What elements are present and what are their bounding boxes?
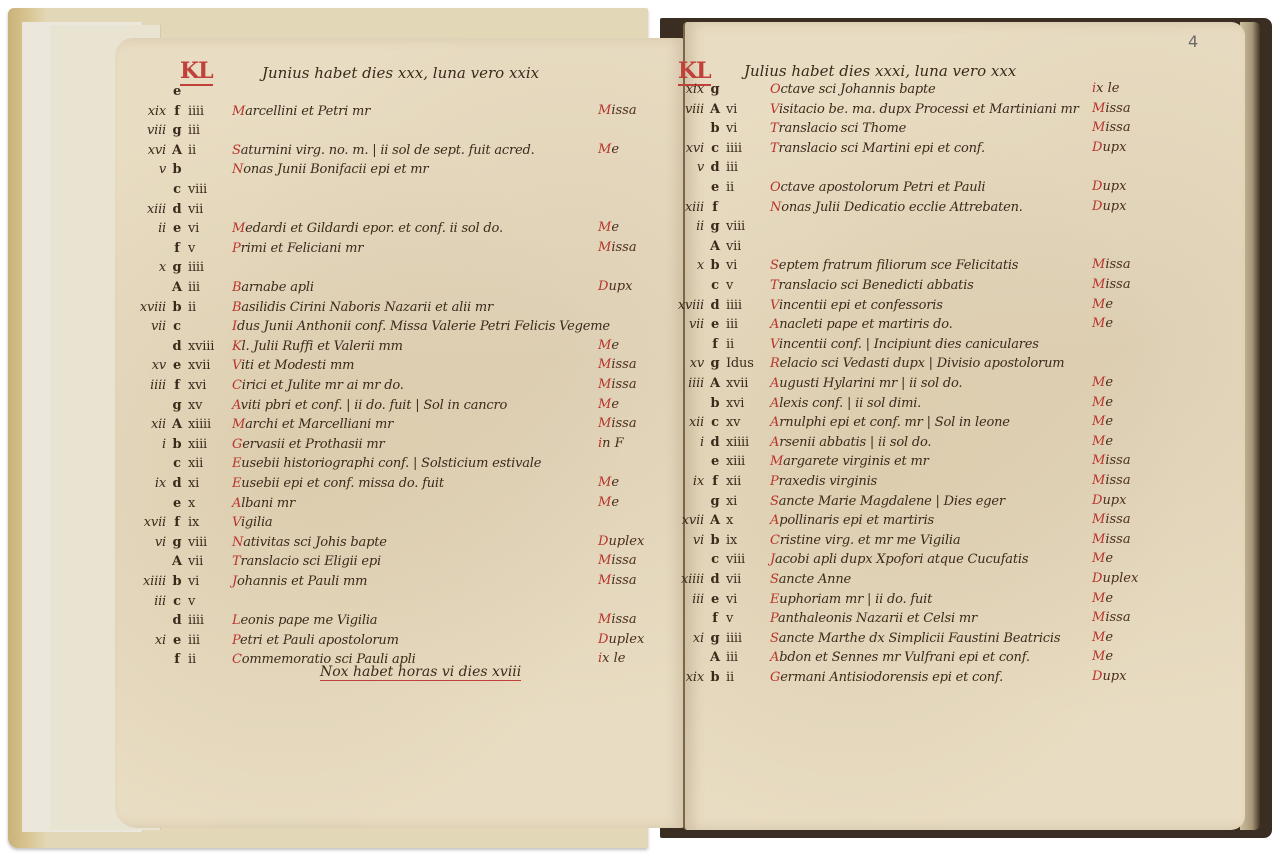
month-footer: Nox habet horas vi dies xviii [320,664,521,680]
dominical-letter: e [166,356,188,376]
dominical-letter: b [166,298,188,318]
calendar-row: xiiifNonas Julii Dedicatio ecclie Attreb… [668,198,1023,218]
feast-text: Jacobi apli dupx Xpofori atque Cucufatis [770,550,1028,570]
calendar-row: fiiVincentii conf. | Incipiunt dies cani… [668,335,1039,355]
feast-text: Vincentii conf. | Incipiunt dies canicul… [770,335,1039,355]
calendar-row: xgiiii [130,258,228,278]
dominical-letter: e [166,82,188,102]
golden-number: xiii [130,200,166,220]
golden-number: xvi [668,139,704,159]
roman-day: xv [726,413,766,433]
calendar-row: xbviSeptem fratrum filiorum sce Felicita… [668,256,1018,276]
roman-day: xvii [726,374,766,394]
feast-text: Augusti Hylarini mr | ii sol do. [770,374,962,394]
dominical-letter: d [704,296,726,316]
golden-number: xix [130,102,166,122]
feast-text: Kl. Julii Ruffi et Valerii mm [232,337,403,357]
golden-number: xvi [130,141,166,161]
feast-text: Arsenii abbatis | ii sol do. [770,433,931,453]
calendar-row: iigviii [668,217,766,237]
calendar-row: xvexviiViti et Modesti mm [130,356,354,376]
roman-day: ix [726,531,766,551]
feast-text: Vincentii epi et confessoris [770,296,943,316]
roman-day: iii [726,648,766,668]
golden-number: vii [668,315,704,335]
golden-number: xvii [130,513,166,533]
roman-day: ii [188,298,228,318]
calendar-row: xixgOctave sci Johannis bapte [668,80,936,100]
dominical-letter: g [704,80,726,100]
dominical-letter: A [704,100,726,120]
calendar-row: iiieviEuphoriam mr | ii do. fuit [668,590,932,610]
mass-grade: Me [598,338,619,353]
golden-number: iiii [668,374,704,394]
feast-text: Apollinaris epi et martiris [770,511,934,531]
dominical-letter: c [166,180,188,200]
golden-number: xi [668,629,704,649]
dominical-letter: f [166,239,188,259]
golden-number: x [668,256,704,276]
feast-text: Nonas Junii Bonifacii epi et mr [232,160,428,180]
feast-text: Marcellini et Petri mr [232,102,370,122]
feast-text: Cristine virg. et mr me Vigilia [770,531,960,551]
feast-text: Arnulphi epi et conf. mr | Sol in leone [770,413,1010,433]
roman-day: Idus [726,354,766,374]
mass-grade: Missa [598,612,637,627]
roman-day: xi [188,474,228,494]
dominical-letter: f [704,609,726,629]
mass-grade: Missa [1092,453,1131,468]
calendar-row: cvTranslacio sci Benedicti abbatis [668,276,974,296]
roman-day: xvi [726,394,766,414]
feast-text: Cirici et Julite mr ai mr do. [232,376,404,396]
mass-grade: Me [1092,551,1113,566]
roman-day: v [188,239,228,259]
calendar-row: xviciiiiTranslacio sci Martini epi et co… [668,139,985,159]
dominical-letter: A [704,237,726,257]
roman-day: viii [726,550,766,570]
mass-grade: Duplex [598,632,644,647]
dominical-letter: g [704,354,726,374]
mass-grade: Me [598,220,619,235]
calendar-row: Avii [668,237,766,257]
dominical-letter: c [166,592,188,612]
feast-text: Viti et Modesti mm [232,356,354,376]
dominical-letter: d [704,158,726,178]
calendar-row: xigiiiiSancte Marthe dx Simplicii Fausti… [668,629,1060,649]
calendar-row: xiiidvii [130,200,228,220]
dominical-letter: g [704,492,726,512]
golden-number: xii [130,415,166,435]
roman-day: viii [188,533,228,553]
roman-day: vii [726,237,766,257]
roman-day: iii [726,315,766,335]
calendar-row: iiiifxviCirici et Julite mr ai mr do. [130,376,404,396]
calendar-row: exAlbani mr [130,494,295,514]
dominical-letter: d [704,570,726,590]
mass-grade: Missa [1092,532,1131,547]
mass-grade: Missa [598,377,637,392]
dominical-letter: d [166,200,188,220]
mass-grade: Dupx [1092,669,1126,684]
calendar-row: bviTranslacio sci Thome [668,119,906,139]
roman-day: ii [188,141,228,161]
dominical-letter: f [704,198,726,218]
roman-day: ii [726,178,766,198]
calendar-row: AviiTranslacio sci Eligii epi [130,552,381,572]
calendar-row: xviiidiiiiVincentii epi et confessoris [668,296,943,316]
mass-grade: Missa [1092,473,1131,488]
golden-number: xv [130,356,166,376]
golden-number: viii [130,121,166,141]
dominical-letter: f [166,650,188,670]
roman-day: xiii [726,452,766,472]
dominical-letter: c [704,550,726,570]
calendar-row: vbNonas Junii Bonifacii epi et mr [130,160,428,180]
roman-day: viii [726,217,766,237]
mass-grade: Missa [598,416,637,431]
mass-grade: in F [598,436,624,451]
feast-text: Nonas Julii Dedicatio ecclie Attrebaten. [770,198,1023,218]
roman-day: vi [188,572,228,592]
roman-day: viii [188,180,228,200]
feast-text: Saturnini virg. no. m. | ii sol de sept.… [232,141,535,161]
feast-text: Vigilia [232,513,272,533]
calendar-row: diiiiLeonis pape me Vigilia [130,611,377,631]
roman-day: xii [726,472,766,492]
feast-text: Octave sci Johannis bapte [770,80,936,100]
feast-text: Sancte Marie Magdalene | Dies eger [770,492,1005,512]
dominical-letter: f [704,335,726,355]
golden-number: xix [668,668,704,688]
golden-number: xi [130,631,166,651]
folio-number: 4 [1188,32,1198,51]
dominical-letter: e [704,315,726,335]
dominical-letter: b [166,435,188,455]
roman-day: ix [188,513,228,533]
roman-day: ii [188,650,228,670]
mass-grade: Me [598,142,619,157]
mass-grade: Missa [598,240,637,255]
dominical-letter: g [166,533,188,553]
dominical-letter: b [704,531,726,551]
dominical-letter: A [704,511,726,531]
golden-number: xvii [668,511,704,531]
dominical-letter: e [166,494,188,514]
feast-text: Primi et Feliciani mr [232,239,363,259]
mass-grade: Me [1092,591,1113,606]
calendar-row: eiiOctave apostolorum Petri et Pauli [668,178,985,198]
mass-grade: Me [1092,375,1113,390]
golden-number: xii [668,413,704,433]
calendar-row: iiicv [130,592,228,612]
feast-text: Visitacio be. ma. dupx Processi et Marti… [770,100,1079,120]
roman-day: xvi [188,376,228,396]
mass-grade: Missa [598,573,637,588]
calendar-row: xixfiiiiMarcellini et Petri mr [130,102,370,122]
golden-number: xiii [668,198,704,218]
dominical-letter: c [704,276,726,296]
mass-grade: Me [1092,395,1113,410]
roman-day: iii [188,631,228,651]
roman-day: xviii [188,337,228,357]
calendar-row: fvPrimi et Feliciani mr [130,239,363,259]
roman-day: xv [188,396,228,416]
calendar-row: iieviMedardi et Gildardi epor. et conf. … [130,219,503,239]
roman-day: iiii [726,139,766,159]
golden-number: x [130,258,166,278]
roman-day: vi [726,256,766,276]
dominical-letter: f [166,102,188,122]
dominical-letter: f [704,472,726,492]
roman-day: vii [188,200,228,220]
dominical-letter: g [166,396,188,416]
calendar-row: xviiAxApollinaris epi et martiris [668,511,934,531]
mass-grade: Missa [598,103,637,118]
dominical-letter: g [704,217,726,237]
roman-day: xvii [188,356,228,376]
roman-day: vi [188,219,228,239]
feast-text: Alexis conf. | ii sol dimi. [770,394,921,414]
feast-text: Barnabe apli [232,278,314,298]
roman-day: vi [726,100,766,120]
roman-day: iiii [188,102,228,122]
feast-text: Gervasii et Prothasii mr [232,435,385,455]
mass-grade: Me [1092,414,1113,429]
feast-text: Octave apostolorum Petri et Pauli [770,178,985,198]
open-manuscript: 4 KL Junius habet dies xxx, luna vero xx… [0,0,1280,860]
dominical-letter: f [166,513,188,533]
calendar-row: viiiAviVisitacio be. ma. dupx Processi e… [668,100,1079,120]
golden-number: vi [130,533,166,553]
mass-grade: Me [598,397,619,412]
roman-day: v [726,609,766,629]
calendar-row: ixdxiEusebii epi et conf. missa do. fuit [130,474,444,494]
calendar-row: idxiiiiArsenii abbatis | ii sol do. [668,433,931,453]
mass-grade: Missa [1092,120,1131,135]
roman-day: x [726,511,766,531]
roman-day: vii [188,552,228,572]
feast-text: Abdon et Sennes mr Vulfrani epi et conf. [770,648,1030,668]
feast-text: Idus Junii Anthonii conf. Missa Valerie … [232,317,610,337]
mass-grade: Missa [1092,101,1131,116]
dominical-letter: A [166,141,188,161]
feast-text: Leonis pape me Vigilia [232,611,377,631]
roman-day: xiii [188,435,228,455]
calendar-row: xiiiidviiSancte Anne [668,570,851,590]
calendar-row: viiigiii [130,121,228,141]
calendar-row: xvgIdusRelacio sci Vedasti dupx | Divisi… [668,354,1064,374]
golden-number: v [130,160,166,180]
feast-text: Sancte Anne [770,570,851,590]
golden-number: viii [668,100,704,120]
calendar-row: xviiibiiBasilidis Cirini Naboris Nazarii… [130,298,493,318]
dominical-letter: c [704,139,726,159]
calendar-row: xviAiiSaturnini virg. no. m. | ii sol de… [130,141,535,161]
dominical-letter: A [166,278,188,298]
golden-number: vi [668,531,704,551]
roman-day: vi [726,590,766,610]
dominical-letter: b [166,572,188,592]
mass-grade: Me [598,475,619,490]
golden-number: iiii [130,376,166,396]
golden-number: vii [130,317,166,337]
dominical-letter: d [166,611,188,631]
roman-day: iii [188,278,228,298]
golden-number: xiiii [668,570,704,590]
feast-text: Translacio sci Benedicti abbatis [770,276,974,296]
roman-day: iiii [188,611,228,631]
dominical-letter: A [166,415,188,435]
mass-grade: Missa [598,553,637,568]
dominical-letter: e [704,452,726,472]
roman-day: xii [188,454,228,474]
dominical-letter: e [704,590,726,610]
feast-text: Nativitas sci Johis bapte [232,533,387,553]
calendar-row: fvPanthaleonis Nazarii et Celsi mr [668,609,977,629]
golden-number: i [668,433,704,453]
mass-grade: ix le [1092,81,1120,96]
dominical-letter: b [704,394,726,414]
calendar-row: cxiiEusebii historiographi conf. | Solst… [130,454,541,474]
dominical-letter: g [704,629,726,649]
calendar-row: AiiiAbdon et Sennes mr Vulfrani epi et c… [668,648,1030,668]
feast-text: Anacleti pape et martiris do. [770,315,953,335]
dominical-letter: e [704,178,726,198]
dominical-letter: e [166,219,188,239]
mass-grade: Missa [1092,610,1131,625]
calendar-row: AiiiBarnabe apli [130,278,314,298]
roman-day: v [188,592,228,612]
dominical-letter: d [166,337,188,357]
feast-text: Panthaleonis Nazarii et Celsi mr [770,609,977,629]
roman-day: xi [726,492,766,512]
mass-grade: Duplex [1092,571,1138,586]
feast-text: Germani Antisiodorensis epi et conf. [770,668,1003,688]
dominical-letter: A [166,552,188,572]
feast-text: Basilidis Cirini Naboris Nazarii et alii… [232,298,493,318]
golden-number: iii [668,590,704,610]
calendar-row: bxviAlexis conf. | ii sol dimi. [668,394,921,414]
mass-grade: Me [1092,297,1113,312]
dominical-letter: g [166,121,188,141]
golden-number: xviii [668,296,704,316]
calendar-row: gxvAviti pbri et conf. | ii do. fuit | S… [130,396,507,416]
roman-day: iiii [188,258,228,278]
mass-grade: Missa [1092,512,1131,527]
feast-text: Eusebii epi et conf. missa do. fuit [232,474,444,494]
calendar-row: cviiiJacobi apli dupx Xpofori atque Cucu… [668,550,1028,570]
dominical-letter: c [166,454,188,474]
feast-text: Translacio sci Thome [770,119,906,139]
calendar-row: e [130,82,228,102]
calendar-row: vigviiiNativitas sci Johis bapte [130,533,387,553]
roman-day: xiiii [726,433,766,453]
mass-grade: Dupx [1092,179,1126,194]
dominical-letter: g [166,258,188,278]
feast-text: Translacio sci Eligii epi [232,552,381,572]
roman-day: ii [726,335,766,355]
calendar-row: xiiiibviJohannis et Pauli mm [130,572,367,592]
calendar-row: cviii [130,180,228,200]
month-heading: Junius habet dies xxx, luna vero xxix [262,64,539,82]
golden-number: ii [130,219,166,239]
golden-number: ii [668,217,704,237]
feast-text: Euphoriam mr | ii do. fuit [770,590,932,610]
golden-number: ix [668,472,704,492]
dominical-letter: c [704,413,726,433]
dominical-letter: e [166,631,188,651]
feast-text: Marchi et Marcelliani mr [232,415,393,435]
mass-grade: Dupx [1092,199,1126,214]
mass-grade: ix le [598,651,626,666]
calendar-row: xiiAxiiiiMarchi et Marcelliani mr [130,415,393,435]
golden-number: xv [668,354,704,374]
dominical-letter: d [704,433,726,453]
mass-grade: Missa [1092,257,1131,272]
calendar-row: xixbiiGermani Antisiodorensis epi et con… [668,668,1003,688]
calendar-row: viieiiiAnacleti pape et martiris do. [668,315,953,335]
roman-day: iiii [726,629,766,649]
feast-text: Eusebii historiographi conf. | Solsticiu… [232,454,541,474]
calendar-row: xviifixVigilia [130,513,272,533]
feast-text: Petri et Pauli apostolorum [232,631,399,651]
mass-grade: Me [598,495,619,510]
dominical-letter: b [704,668,726,688]
calendar-row: xiicxvArnulphi epi et conf. mr | Sol in … [668,413,1010,433]
month-heading: Julius habet dies xxxi, luna vero xxx [744,62,1016,80]
feast-text: Translacio sci Martini epi et conf. [770,139,985,159]
mass-grade: Me [1092,316,1113,331]
golden-number: xiiii [130,572,166,592]
dominical-letter: A [704,648,726,668]
calendar-row: ixfxiiPraxedis virginis [668,472,877,492]
roman-day: iii [726,158,766,178]
feast-text: Margarete virginis et mr [770,452,929,472]
calendar-row: dxviiiKl. Julii Ruffi et Valerii mm [130,337,403,357]
feast-text: Johannis et Pauli mm [232,572,367,592]
mass-grade: Me [1092,649,1113,664]
calendar-row: vdiii [668,158,766,178]
mass-grade: Missa [1092,277,1131,292]
mass-grade: Dupx [1092,140,1126,155]
calendar-row: gxiSancte Marie Magdalene | Dies eger [668,492,1005,512]
feast-text: Albani mr [232,494,295,514]
roman-day: xiiii [188,415,228,435]
dominical-letter: A [704,374,726,394]
mass-grade: Dupx [598,279,632,294]
golden-number: xix [668,80,704,100]
dominical-letter: b [704,119,726,139]
dominical-letter: f [166,376,188,396]
mass-grade: Me [1092,434,1113,449]
dominical-letter: b [704,256,726,276]
feast-text: Medardi et Gildardi epor. et conf. ii so… [232,219,503,239]
calendar-row: vibixCristine virg. et mr me Vigilia [668,531,960,551]
dominical-letter: d [166,474,188,494]
roman-day: iiii [726,296,766,316]
golden-number: ix [130,474,166,494]
feast-text: Relacio sci Vedasti dupx | Divisio apost… [770,354,1064,374]
roman-day: v [726,276,766,296]
mass-grade: Dupx [1092,493,1126,508]
calendar-row: viicIdus Junii Anthonii conf. Missa Vale… [130,317,610,337]
calendar-row: ibxiiiGervasii et Prothasii mr [130,435,385,455]
mass-grade: Me [1092,630,1113,645]
dominical-letter: b [166,160,188,180]
golden-number: i [130,435,166,455]
footer-text: Nox habet horas vi dies xviii [320,664,521,681]
